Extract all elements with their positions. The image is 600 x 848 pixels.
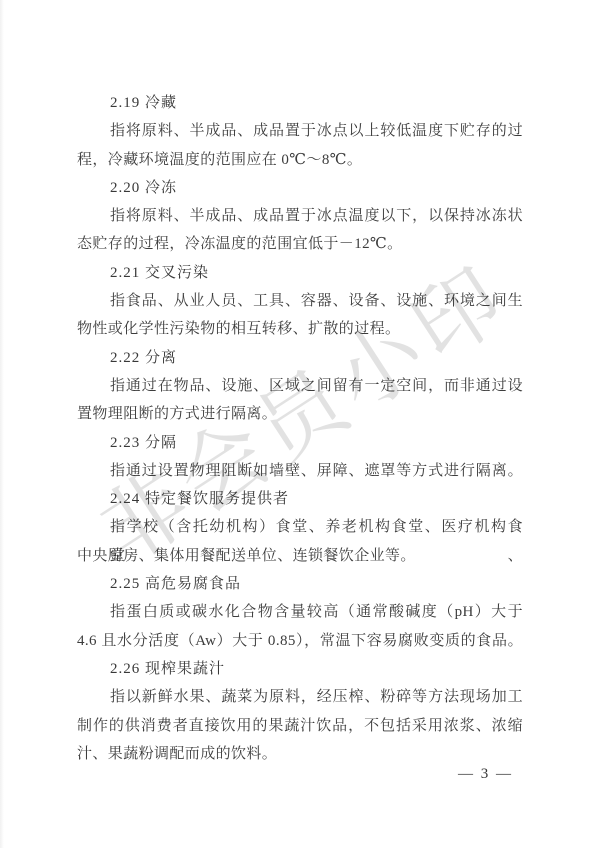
section-heading-2-24: 2.24 特定餐饮服务提供者 <box>77 485 523 513</box>
section-heading-2-21: 2.21 交叉污染 <box>77 259 523 287</box>
body-line: 指食品、从业人员、工具、容器、设备、设施、环境之间生 <box>77 287 523 315</box>
body-line: 程，冷藏环境温度的范围应在 0℃～8℃。 <box>77 146 523 174</box>
body-line: 指通过在物品、设施、区域之间留有一定空间，而非通过设 <box>77 372 523 400</box>
body-line: 4.6 且水分活度（Aw）大于 0.85），常温下容易腐败变质的食品。 <box>77 627 523 655</box>
body-line: 指蛋白质或碳水化合物含量较高（通常酸碱度（pH）大于 <box>77 598 523 626</box>
scan-edge-artifact <box>0 0 4 848</box>
section-heading-2-23: 2.23 分隔 <box>77 429 523 457</box>
body-line: 指将原料、半成品、成品置于冰点以上较低温度下贮存的过 <box>77 117 523 145</box>
section-heading-2-20: 2.20 冷冻 <box>77 174 523 202</box>
section-heading-2-25: 2.25 高危易腐食品 <box>77 570 523 598</box>
document-page: 非会员小印 2.19 冷藏 指将原料、半成品、成品置于冰点以上较低温度下贮存的过… <box>0 0 600 848</box>
body-line: 汁、果蔬粉调配而成的饮料。 <box>77 740 523 768</box>
body-line: 制作的供消费者直接饮用的果蔬汁饮品，不包括采用浓浆、浓缩 <box>77 712 523 740</box>
section-heading-2-22: 2.22 分离 <box>77 344 523 372</box>
body-line: 态贮存的过程，冷冻温度的范围宜低于－12℃。 <box>77 230 523 258</box>
section-heading-2-26: 2.26 现榨果蔬汁 <box>77 655 523 683</box>
document-body: 2.19 冷藏 指将原料、半成品、成品置于冰点以上较低温度下贮存的过 程，冷藏环… <box>77 89 523 768</box>
body-line: 置物理阻断的方式进行隔离。 <box>77 400 523 428</box>
body-line: 指将原料、半成品、成品置于冰点温度以下，以保持冰冻状 <box>77 202 523 230</box>
body-line: 指通过设置物理阻断如墙壁、屏障、遮罩等方式进行隔离。 <box>77 457 523 485</box>
page-number: — 3 — <box>77 766 523 783</box>
body-line: 指学校（含托幼机构）食堂、养老机构食堂、医疗机构食堂、 <box>77 513 523 541</box>
body-line: 物性或化学性污染物的相互转移、扩散的过程。 <box>77 315 523 343</box>
section-heading-2-19: 2.19 冷藏 <box>77 89 523 117</box>
body-line: 指以新鲜水果、蔬菜为原料，经压榨、粉碎等方法现场加工 <box>77 683 523 711</box>
